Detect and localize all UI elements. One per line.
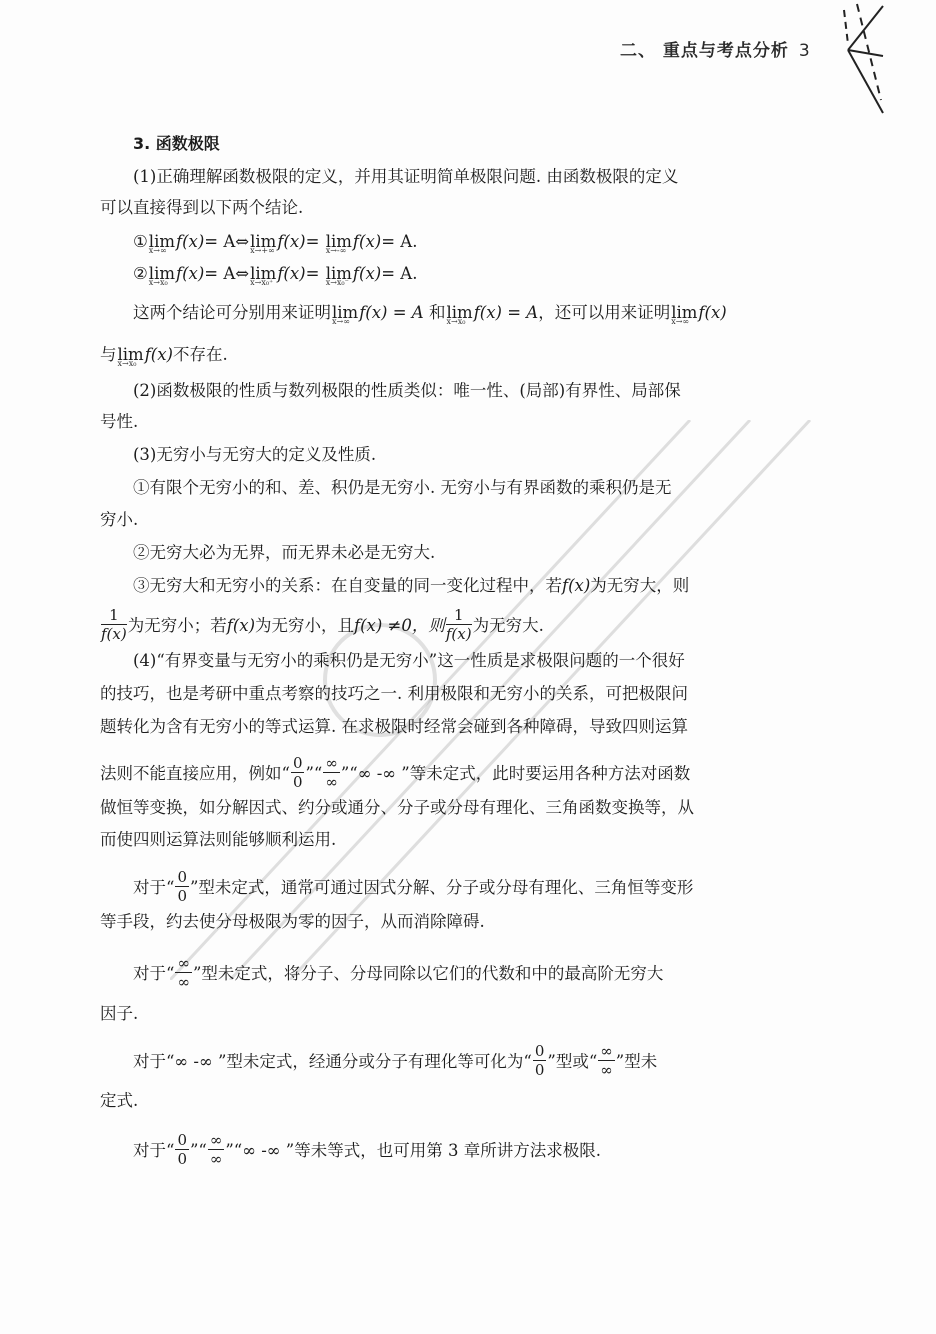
- paragraph-4-line: (4)“有界变量与无穷小的乘积仍是无穷小”这一性质是求极限问题的一个很好: [133, 650, 685, 672]
- paragraph-5-line: 对于“00”型未定式，通常可通过因式分解、分子或分母有理化、三角恒等变形: [133, 870, 693, 907]
- paragraph-7-line: 定式.: [100, 1090, 138, 1112]
- paragraph-3-heading: (3)无穷小与无穷大的定义及性质.: [133, 444, 376, 466]
- conclusion-2: ②limx→x₀f(x)= A⇔limx→x₀⁺f(x)= limx→x₀⁻f(…: [133, 263, 417, 285]
- paragraph-6-line: 对于“∞∞”型未定式，将分子、分母同除以它们的代数和中的最高阶无穷大: [133, 956, 663, 993]
- section-heading: 3. 函数极限: [133, 133, 220, 155]
- paragraph-8-line: 对于“00”“∞∞”“∞ -∞ ”等未等式，也可用第 3 章所讲方法求极限.: [133, 1133, 601, 1170]
- header-section-title: 二、 重点与考点分析: [620, 41, 789, 61]
- paragraph-4-line: 题转化为含有无穷小的等式运算. 在求极限时经常会碰到各种障碍，导致四则运算: [100, 716, 688, 738]
- paragraph-4-line: 而使四则运算法则能够顺利运用.: [100, 829, 336, 851]
- paragraph-6-line: 因子.: [100, 1003, 138, 1025]
- paragraph-7-line: 对于“∞ -∞ ”型未定式，经通分或分子有理化等可化为“00”型或“∞∞”型未: [133, 1044, 657, 1081]
- paragraph-3-item: ①有限个无穷小的和、差、积仍是无穷小. 无穷小与有界函数的乘积仍是无: [133, 477, 672, 499]
- paragraph-3-item: ②无穷大必为无界，而无界未必是无穷大.: [133, 542, 435, 564]
- corner-scan-mark-icon: [820, 0, 936, 150]
- running-header: 二、 重点与考点分析3: [620, 36, 811, 61]
- conclusion-1: ①limx→∞f(x)= A⇔limx→+∞f(x)= limx→-∞f(x)=…: [133, 231, 417, 253]
- paragraph-5-line: 等手段，约去使分母极限为零的因子，从而消除障碍.: [100, 911, 485, 933]
- paragraph-3-item: 1f(x)为无穷小；若f(x)为无穷小，且f(x) ≠0，则1f(x)为无穷大.: [100, 608, 544, 645]
- page-number: 3: [799, 41, 811, 61]
- usage-paragraph-line: 与limx→x₀f(x)不存在.: [100, 344, 228, 366]
- paragraph-2-line: (2)函数极限的性质与数列极限的性质类似：唯一性、(局部)有界性、局部保: [133, 380, 681, 402]
- paragraph-1-line: 可以直接得到以下两个结论.: [100, 197, 303, 219]
- paragraph-4-line: 的技巧，也是考研中重点考察的技巧之一. 利用极限和无穷小的关系，可把极限问: [100, 683, 688, 705]
- usage-paragraph-line: 这两个结论可分别用来证明limx→∞f(x) = A 和limx→x₀f(x) …: [133, 302, 727, 324]
- paragraph-3-item: ③无穷大和无穷小的关系：在自变量的同一变化过程中，若f(x)为无穷大，则: [133, 575, 689, 597]
- paragraph-1-line: (1)正确理解函数极限的定义，并用其证明简单极限问题. 由函数极限的定义: [133, 166, 678, 188]
- paragraph-2-line: 号性.: [100, 411, 138, 433]
- paragraph-3-item: 穷小.: [100, 509, 138, 531]
- paragraph-4-line: 做恒等变换，如分解因式、约分或通分、分子或分母有理化、三角函数变换等，从: [100, 797, 694, 819]
- paragraph-4-line: 法则不能直接应用，例如“00”“∞∞”“∞ -∞ ”等未定式，此时要运用各种方法…: [100, 756, 690, 793]
